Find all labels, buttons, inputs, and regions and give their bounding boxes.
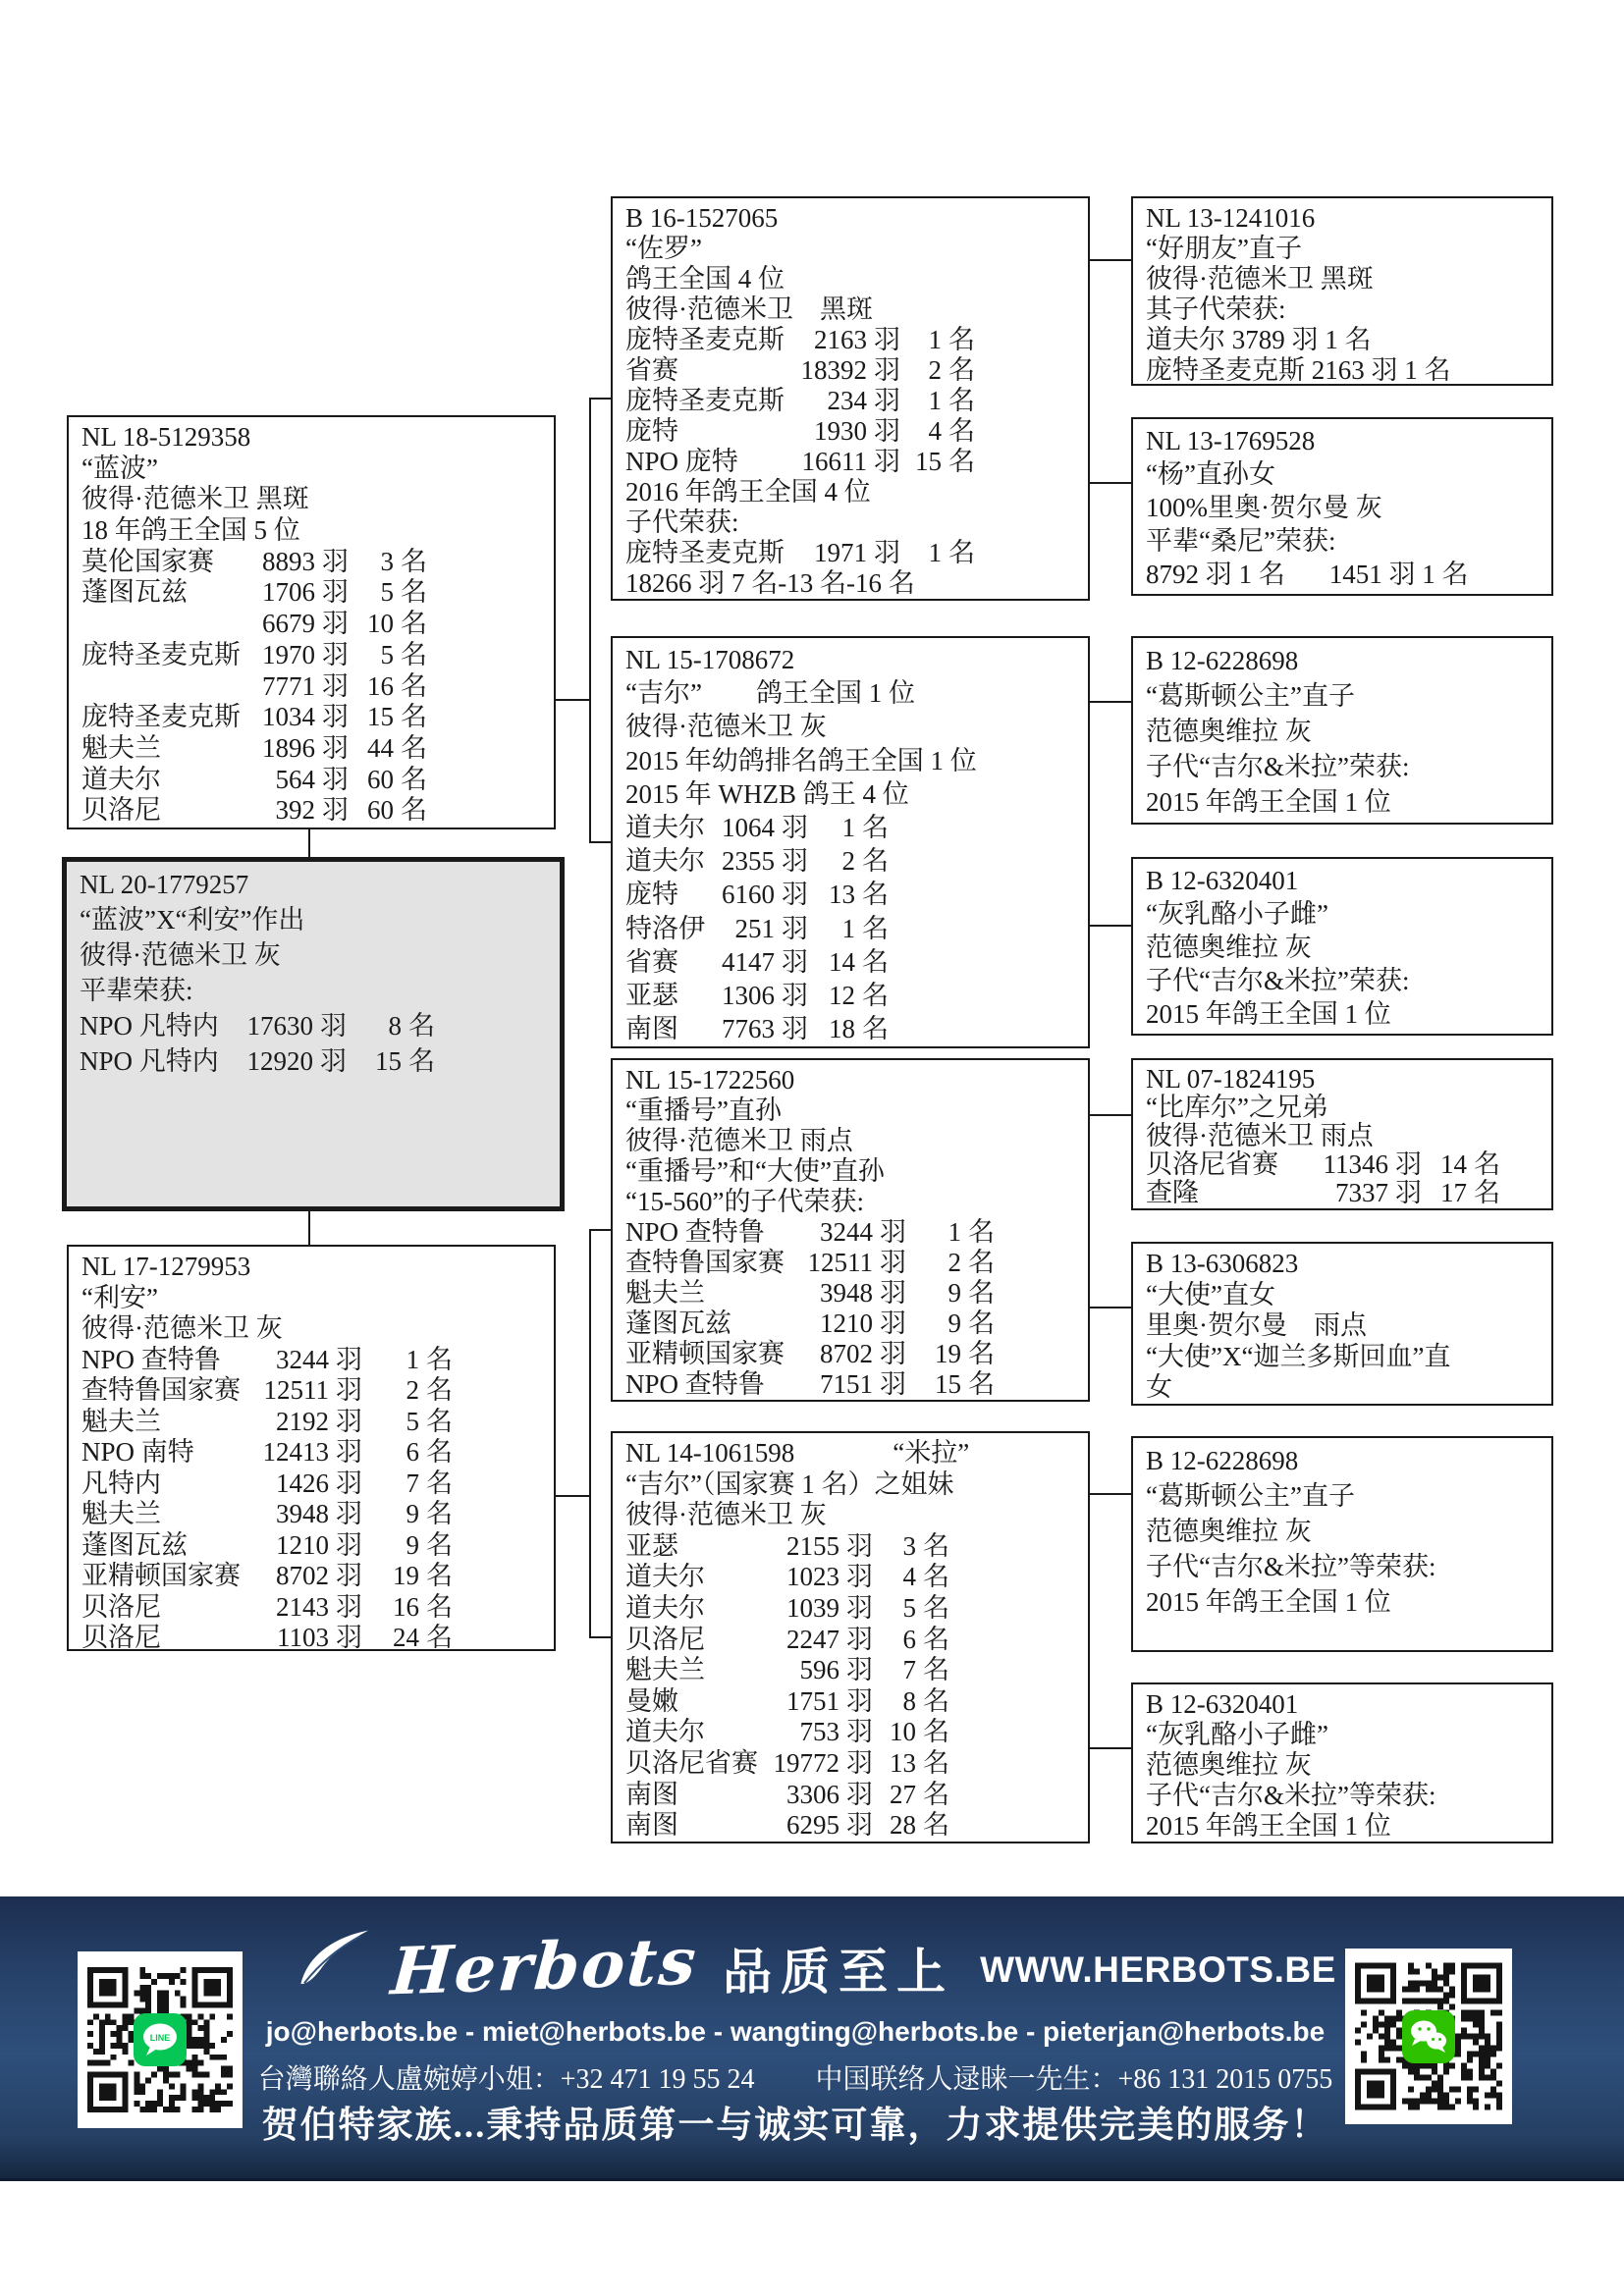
box-race: NPO 凡特内 (80, 1043, 227, 1079)
connector-line (308, 1211, 310, 1245)
box-cnt: 8702 (790, 1339, 873, 1369)
box-line: 庞特圣麦克斯1970羽5名 (81, 640, 546, 671)
box-line: B 13-6306823 (1146, 1249, 1543, 1280)
box-line: 6679羽10名 (81, 609, 546, 640)
box-race: 南图 (625, 1780, 761, 1811)
box-cnt: 19772 (761, 1748, 839, 1780)
box-line: “蓝波” (81, 454, 546, 485)
connector-line (589, 1229, 611, 1231)
svg-text:LINE: LINE (150, 2033, 171, 2043)
box-unit: 羽 (315, 609, 349, 640)
box-race: 道夫尔 (625, 844, 712, 878)
box-cnt: 6679 (246, 609, 315, 640)
box-line: 其子代荣获: (1146, 294, 1543, 325)
box-line: 彼得·范德米卫 黑斑 (1146, 264, 1543, 294)
box-unit: 名 (942, 386, 975, 416)
box-line: 特洛伊251羽1名 (625, 912, 1080, 945)
box-unit: 名 (419, 1375, 453, 1407)
box-line: 庞特圣麦克斯1971羽1名 (625, 538, 1080, 568)
box-line: B 12-6320401 (1146, 1689, 1543, 1720)
box-cnt: 6295 (761, 1810, 839, 1842)
box-line: 子代荣获: (625, 507, 1080, 538)
box-unit: 羽 (867, 386, 900, 416)
box-cnt: 1970 (246, 640, 315, 671)
box-line: 彼得·范德米卫 灰 (81, 1313, 546, 1345)
box-unit: 名 (961, 1308, 995, 1339)
box-unit: 名 (402, 1043, 435, 1079)
box-unit: 名 (855, 844, 889, 878)
box-line: 彼得·范德米卫 灰 (625, 710, 1080, 743)
pedigree-box-great-grandparent-7: B 12-6228698“葛斯顿公主”直子范德奥维拉 灰子代“吉尔&米拉”等荣获… (1131, 1436, 1553, 1652)
box-line: NL 13-1241016 (1146, 203, 1543, 234)
box-cnt: 7337 (1298, 1179, 1388, 1207)
contact-phones: 台灣聯絡人盧婉婷小姐：+32 471 19 55 24 中国联络人逯睐一先生：+… (226, 2057, 1365, 2097)
box-unit: 名 (394, 765, 427, 796)
box-line: 8792 羽 1 名1451 羽 1 名 (1146, 558, 1543, 591)
box-race: 魁夫兰 (81, 733, 246, 765)
box-race: 曼嫩 (625, 1686, 761, 1718)
box-unit: 名 (961, 1339, 995, 1369)
box-race: NPO 凡特内 (80, 1008, 227, 1043)
box-line: 魁夫兰2192羽5名 (81, 1407, 546, 1438)
pedigree-box-maternal-grandsire: NL 15-1722560“重播号”直孙彼得·范德米卫 雨点“重播号”和“大使”… (611, 1058, 1090, 1402)
box-rank: 8 (873, 1686, 916, 1718)
box-line: 南图3306羽27名 (625, 1780, 1080, 1811)
box-line: 庞特圣麦克斯2163羽1名 (625, 325, 1080, 355)
box-unit: 名 (916, 1531, 949, 1563)
box-rank: 13 (808, 878, 855, 911)
box-unit: 名 (855, 979, 889, 1012)
box-line: 庞特圣麦克斯 2163 羽 1 名 (1146, 355, 1543, 386)
box-unit: 羽 (867, 447, 900, 477)
connector-line (589, 398, 611, 400)
box-race: 蓬图瓦兹 (81, 1530, 246, 1562)
box-unit: 羽 (839, 1748, 873, 1780)
box-race: 凡特内 (81, 1468, 246, 1500)
box-rank: 10 (349, 609, 394, 640)
box-line: NL 20-1779257 (80, 867, 552, 902)
box-unit: 羽 (873, 1278, 906, 1308)
box-unit: 羽 (315, 547, 349, 578)
brand-tagline: 品质至上 (723, 1929, 954, 2003)
box-line: NPO 南特12413羽6名 (81, 1437, 546, 1468)
box-line: 道夫尔2355羽2名 (625, 844, 1080, 878)
box-unit: 名 (1467, 1179, 1500, 1207)
pedigree-box-great-grandparent-8: B 12-6320401“灰乳酪小子雌”范德奥维拉 灰子代“吉尔&米拉”等荣获:… (1131, 1682, 1553, 1843)
box-race: 道夫尔 (625, 811, 712, 844)
box-rank: 3 (873, 1531, 916, 1563)
box-unit: 名 (916, 1748, 949, 1780)
box-line: 道夫尔1023羽4名 (625, 1562, 1080, 1593)
box-line: 亚精顿国家赛8702羽19名 (625, 1339, 1080, 1369)
box-race: 贝洛尼 (81, 795, 246, 827)
box-line: 7771羽16名 (81, 671, 546, 703)
pedigree-box-great-grandparent-5: NL 07-1824195“比库尔”之兄弟彼得·范德米卫 雨点贝洛尼省赛1134… (1131, 1058, 1553, 1210)
box-unit: 羽 (775, 945, 808, 979)
box-cnt: 2155 (761, 1531, 839, 1563)
box-line: “重播号”直孙 (625, 1095, 1080, 1126)
box-unit: 名 (916, 1810, 949, 1842)
box-line: “葛斯顿公主”直子 (1146, 678, 1543, 714)
box-race: NPO 查特鲁 (81, 1345, 246, 1376)
box-race: 庞特 (625, 416, 788, 447)
box-rank: 5 (873, 1593, 916, 1625)
box-unit: 羽 (329, 1623, 362, 1654)
box-race: 莫伦国家赛 (81, 547, 246, 578)
box-cnt: 1930 (788, 416, 867, 447)
box-unit: 名 (855, 878, 889, 911)
box-unit: 羽 (839, 1625, 873, 1656)
box-unit: 羽 (313, 1043, 347, 1079)
box-line: “利安” (81, 1283, 546, 1314)
box-race: 庞特圣麦克斯 (625, 538, 788, 568)
box-unit: 羽 (839, 1531, 873, 1563)
box-rank: 15 (347, 1043, 402, 1079)
box-line: 平辈荣获: (80, 973, 552, 1008)
brand-logo: Herbots (389, 1923, 700, 2010)
box-cnt: 7763 (712, 1012, 775, 1045)
box-cnt: 1426 (246, 1468, 329, 1500)
box-race: 魁夫兰 (81, 1407, 246, 1438)
box-rank: 1 (808, 912, 855, 945)
box-cnt: 1210 (246, 1530, 329, 1562)
box-unit: 羽 (839, 1810, 873, 1842)
box-line: “葛斯顿公主”直子 (1146, 1478, 1543, 1514)
box-line: “灰乳酪小子雌” (1146, 1720, 1543, 1750)
box-unit: 羽 (839, 1593, 873, 1625)
box-race: 庞特圣麦克斯 (625, 325, 788, 355)
box-line: NPO 凡特内12920羽15名 (80, 1043, 552, 1079)
box-unit: 羽 (839, 1562, 873, 1593)
box-line: B 12-6320401 (1146, 864, 1543, 897)
box-unit: 名 (942, 447, 975, 477)
box-unit: 羽 (315, 733, 349, 765)
box-unit: 羽 (1388, 1150, 1422, 1179)
contact-emails: jo@herbots.be - miet@herbots.be - wangti… (245, 2016, 1345, 2048)
box-unit: 羽 (315, 702, 349, 733)
box-unit: 名 (916, 1717, 949, 1748)
box-line: 魁夫兰596羽7名 (625, 1655, 1080, 1686)
box-cnt: 1034 (246, 702, 315, 733)
box-rank: 13 (873, 1748, 916, 1780)
box-rank: 9 (362, 1499, 419, 1530)
box-cnt: 7151 (790, 1369, 873, 1400)
box-race: 蓬图瓦兹 (81, 577, 246, 609)
box-race: 庞特圣麦克斯 (81, 640, 246, 671)
box-unit: 名 (419, 1561, 453, 1592)
box-cnt: 8893 (246, 547, 315, 578)
box-rank: 19 (906, 1339, 961, 1369)
box-unit: 羽 (873, 1248, 906, 1278)
box-unit: 羽 (873, 1308, 906, 1339)
connector-line (1090, 1114, 1131, 1116)
box-unit: 名 (394, 609, 427, 640)
box-line: 莫伦国家赛8893羽3名 (81, 547, 546, 578)
box-race: 贝洛尼省赛 (1146, 1150, 1298, 1179)
box-line: 2015 年 WHZB 鸽王 4 位 (625, 777, 1080, 811)
box-cnt: 12511 (790, 1248, 873, 1278)
box-race: 庞特圣麦克斯 (625, 386, 788, 416)
box-line: 庞特1930羽4名 (625, 416, 1080, 447)
box-cnt: 8702 (246, 1561, 329, 1592)
box-race: 庞特圣麦克斯 (81, 702, 246, 733)
box-line: 2015 年鸽王全国 1 位 (1146, 997, 1543, 1031)
box-race: 亚瑟 (625, 1531, 761, 1563)
box-rank: 17 (1422, 1179, 1467, 1207)
box-line: NPO 庞特16611羽15名 (625, 447, 1080, 477)
box-unit: 名 (394, 640, 427, 671)
box-race: 贝洛尼 (625, 1625, 761, 1656)
box-unit: 名 (942, 325, 975, 355)
box-race: 道夫尔 (625, 1562, 761, 1593)
box-rank: 2 (808, 844, 855, 878)
box-unit: 羽 (329, 1530, 362, 1562)
box-rank: 1 (808, 811, 855, 844)
box-rank: 16 (362, 1592, 419, 1624)
box-line: NL 17-1279953 (81, 1252, 546, 1283)
box-unit: 名 (855, 912, 889, 945)
box-cnt: 7771 (246, 671, 315, 703)
box-line: NL 13-1769528 (1146, 424, 1543, 457)
box-unit: 名 (419, 1530, 453, 1562)
box-line: 子代“吉尔&米拉”等荣获: (1146, 1549, 1543, 1584)
box-line: B 12-6228698 (1146, 1443, 1543, 1478)
box-unit: 羽 (867, 416, 900, 447)
box-race: NPO 庞特 (625, 447, 788, 477)
box-unit: 名 (916, 1780, 949, 1811)
box-line: “佐罗” (625, 234, 1080, 264)
pedigree-box-great-grandparent-6: B 13-6306823“大使”直女里奥·贺尔曼 雨点“大使”X“迦兰多斯回血”… (1131, 1242, 1553, 1406)
box-cnt: 234 (788, 386, 867, 416)
box-line: 彼得·范德米卫 灰 (625, 1500, 1080, 1531)
box-line: 亚精顿国家赛8702羽19名 (81, 1561, 546, 1592)
box-unit: 羽 (329, 1407, 362, 1438)
box-unit: 羽 (775, 912, 808, 945)
box-cnt: 2247 (761, 1625, 839, 1656)
box-unit: 名 (961, 1217, 995, 1248)
box-unit: 羽 (867, 355, 900, 386)
box-unit: 羽 (329, 1345, 362, 1376)
pedigree-box-great-grandparent-2: NL 13-1769528“杨”直孙女100%里奥·贺尔曼 灰平辈“桑尼”荣获:… (1131, 417, 1553, 596)
box-line: 2015 年幼鸽排名鸽王全国 1 位 (625, 744, 1080, 777)
box-cnt: 2143 (246, 1592, 329, 1624)
box-line: 蓬图瓦兹1210羽9名 (81, 1530, 546, 1562)
box-cnt: 6160 (712, 878, 775, 911)
box-rank: 28 (873, 1810, 916, 1842)
box-unit: 羽 (315, 640, 349, 671)
box-race: 亚精顿国家赛 (81, 1561, 246, 1592)
box-line: 道夫尔1064羽1名 (625, 811, 1080, 844)
connector-line (589, 398, 591, 843)
box-line-segment: “米拉” (893, 1438, 969, 1468)
box-cnt: 2355 (712, 844, 775, 878)
box-unit: 名 (942, 538, 975, 568)
box-race: 省赛 (625, 945, 712, 979)
box-line: 范德奥维拉 灰 (1146, 1750, 1543, 1781)
box-line: 范德奥维拉 灰 (1146, 1514, 1543, 1549)
box-line: 查特鲁国家赛12511羽2名 (625, 1248, 1080, 1278)
box-race: 特洛伊 (625, 912, 712, 945)
box-line: 100%里奥·贺尔曼 灰 (1146, 491, 1543, 524)
box-cnt: 392 (246, 795, 315, 827)
box-cnt: 3306 (761, 1780, 839, 1811)
box-unit: 羽 (315, 795, 349, 827)
connector-line (589, 1636, 611, 1638)
wechat-qr-code (1345, 1949, 1512, 2124)
box-line: “大使”X“迦兰多斯回血”直 (1146, 1342, 1543, 1373)
box-rank: 7 (873, 1655, 916, 1686)
box-line: 省赛4147羽14名 (625, 945, 1080, 979)
box-unit: 羽 (775, 811, 808, 844)
box-race: 道夫尔 (625, 1717, 761, 1748)
box-line: 子代“吉尔&米拉”荣获: (1146, 964, 1543, 997)
box-unit: 羽 (329, 1437, 362, 1468)
box-unit: 羽 (1388, 1179, 1422, 1207)
box-cnt: 2163 (788, 325, 867, 355)
box-line: NL 07-1824195 (1146, 1065, 1543, 1094)
box-unit: 名 (394, 702, 427, 733)
box-race: 查隆 (1146, 1179, 1298, 1207)
box-unit: 羽 (315, 671, 349, 703)
box-rank: 5 (362, 1407, 419, 1438)
box-race: 亚瑟 (625, 979, 712, 1012)
box-line: 贝洛尼2143羽16名 (81, 1592, 546, 1624)
box-rank: 14 (1422, 1150, 1467, 1179)
box-race: NPO 查特鲁 (625, 1369, 790, 1400)
box-line: 亚瑟2155羽3名 (625, 1531, 1080, 1563)
box-race: 贝洛尼 (81, 1592, 246, 1624)
box-race: 查特鲁国家赛 (625, 1248, 790, 1278)
box-cnt: 753 (761, 1717, 839, 1748)
box-rank: 1 (900, 386, 942, 416)
box-race: 道夫尔 (81, 765, 246, 796)
box-line: 范德奥维拉 灰 (1146, 931, 1543, 964)
box-unit: 名 (942, 355, 975, 386)
box-cnt: 18392 (788, 355, 867, 386)
connector-line (1090, 259, 1131, 261)
box-line: 彼得·范德米卫 黑斑 (81, 484, 546, 515)
box-line-segment: 8792 羽 1 名 (1146, 560, 1285, 589)
box-unit: 羽 (775, 1012, 808, 1045)
connector-line (1090, 925, 1131, 927)
box-rank: 24 (362, 1623, 419, 1654)
contact-taiwan: 台灣聯絡人盧婉婷小姐：+32 471 19 55 24 (258, 2064, 755, 2095)
box-unit: 名 (855, 811, 889, 844)
website-url: WWW.HERBOTS.BE (980, 1942, 1336, 1991)
box-line: 彼得·范德米卫 灰 (80, 937, 552, 973)
box-line-segment: NL 14-1061598 (625, 1438, 794, 1468)
box-cnt: 1064 (712, 811, 775, 844)
box-line: 蓬图瓦兹1706羽5名 (81, 577, 546, 609)
box-unit: 羽 (775, 979, 808, 1012)
box-rank: 9 (906, 1278, 961, 1308)
box-rank: 2 (362, 1375, 419, 1407)
box-line: 彼得·范德米卫 黑斑 (625, 294, 1080, 325)
box-line: NL 15-1722560 (625, 1065, 1080, 1095)
box-line: 贝洛尼省赛19772羽13名 (625, 1748, 1080, 1780)
box-line: 贝洛尼省赛11346羽14名 (1146, 1150, 1543, 1179)
box-line: “大使”直女 (1146, 1280, 1543, 1311)
box-line: “灰乳酪小子雌” (1146, 897, 1543, 931)
box-rank: 14 (808, 945, 855, 979)
box-race: 蓬图瓦兹 (625, 1308, 790, 1339)
box-unit: 羽 (315, 765, 349, 796)
box-unit: 名 (855, 1012, 889, 1045)
box-rank: 12 (808, 979, 855, 1012)
box-cnt: 3244 (246, 1345, 329, 1376)
box-race: 魁夫兰 (81, 1499, 246, 1530)
box-unit: 羽 (775, 844, 808, 878)
box-race: 亚精顿国家赛 (625, 1339, 790, 1369)
box-unit: 名 (916, 1686, 949, 1718)
box-line: 道夫尔1039羽5名 (625, 1593, 1080, 1625)
box-cnt: 1039 (761, 1593, 839, 1625)
box-line: “蓝波”X“利安”作出 (80, 902, 552, 937)
box-race: 贝洛尼省赛 (625, 1748, 761, 1780)
box-rank: 18 (808, 1012, 855, 1045)
box-unit: 羽 (873, 1339, 906, 1369)
box-unit: 羽 (867, 538, 900, 568)
box-unit: 名 (916, 1562, 949, 1593)
box-rank: 6 (873, 1625, 916, 1656)
connector-line (556, 1495, 589, 1497)
box-unit: 名 (402, 1008, 435, 1043)
box-rank: 1 (900, 325, 942, 355)
box-cnt: 1306 (712, 979, 775, 1012)
connector-line (556, 699, 589, 701)
box-race: 查特鲁国家赛 (81, 1375, 246, 1407)
box-unit: 名 (394, 671, 427, 703)
box-line: 魁夫兰3948羽9名 (625, 1278, 1080, 1308)
box-rank: 2 (906, 1248, 961, 1278)
box-line: “吉尔”（国家赛 1 名）之姐妹 (625, 1469, 1080, 1501)
connector-line (1090, 1307, 1131, 1308)
box-line: 道夫尔753羽10名 (625, 1717, 1080, 1748)
box-unit: 羽 (775, 878, 808, 911)
box-rank: 15 (900, 447, 942, 477)
box-line: 子代“吉尔&米拉”等荣获: (1146, 1781, 1543, 1811)
box-line: 彼得·范德米卫 雨点 (625, 1126, 1080, 1156)
box-line: B 12-6228698 (1146, 643, 1543, 678)
box-unit: 羽 (329, 1468, 362, 1500)
box-line: NL 15-1708672 (625, 643, 1080, 676)
box-unit: 羽 (873, 1369, 906, 1400)
box-line: NPO 查特鲁7151羽15名 (625, 1369, 1080, 1400)
box-cnt: 1210 (790, 1308, 873, 1339)
box-rank: 1 (362, 1345, 419, 1376)
box-rank: 1 (900, 538, 942, 568)
box-line: 曼嫩1751羽8名 (625, 1686, 1080, 1718)
pedigree-box-mother: NL 17-1279953“利安”彼得·范德米卫 灰NPO 查特鲁3244羽1名… (67, 1245, 556, 1651)
box-line: 查特鲁国家赛12511羽2名 (81, 1375, 546, 1407)
box-cnt: 564 (246, 765, 315, 796)
box-line: 子代“吉尔&米拉”荣获: (1146, 749, 1543, 784)
box-unit: 名 (419, 1499, 453, 1530)
box-rank: 27 (873, 1780, 916, 1811)
box-line: 里奥·贺尔曼 雨点 (1146, 1310, 1543, 1342)
box-unit: 羽 (867, 325, 900, 355)
box-rank: 8 (347, 1008, 402, 1043)
box-cnt: 12920 (227, 1043, 313, 1079)
pedigree-box-subject: NL 20-1779257“蓝波”X“利安”作出彼得·范德米卫 灰平辈荣获:NP… (62, 857, 565, 1211)
box-rank: 1 (906, 1217, 961, 1248)
box-line: 18266 羽 7 名-13 名-16 名 (625, 568, 1080, 599)
box-line: 魁夫兰1896羽44名 (81, 733, 546, 765)
box-unit: 名 (961, 1369, 995, 1400)
box-unit: 名 (961, 1248, 995, 1278)
box-line: 南图6295羽28名 (625, 1810, 1080, 1842)
box-rank: 7 (362, 1468, 419, 1500)
